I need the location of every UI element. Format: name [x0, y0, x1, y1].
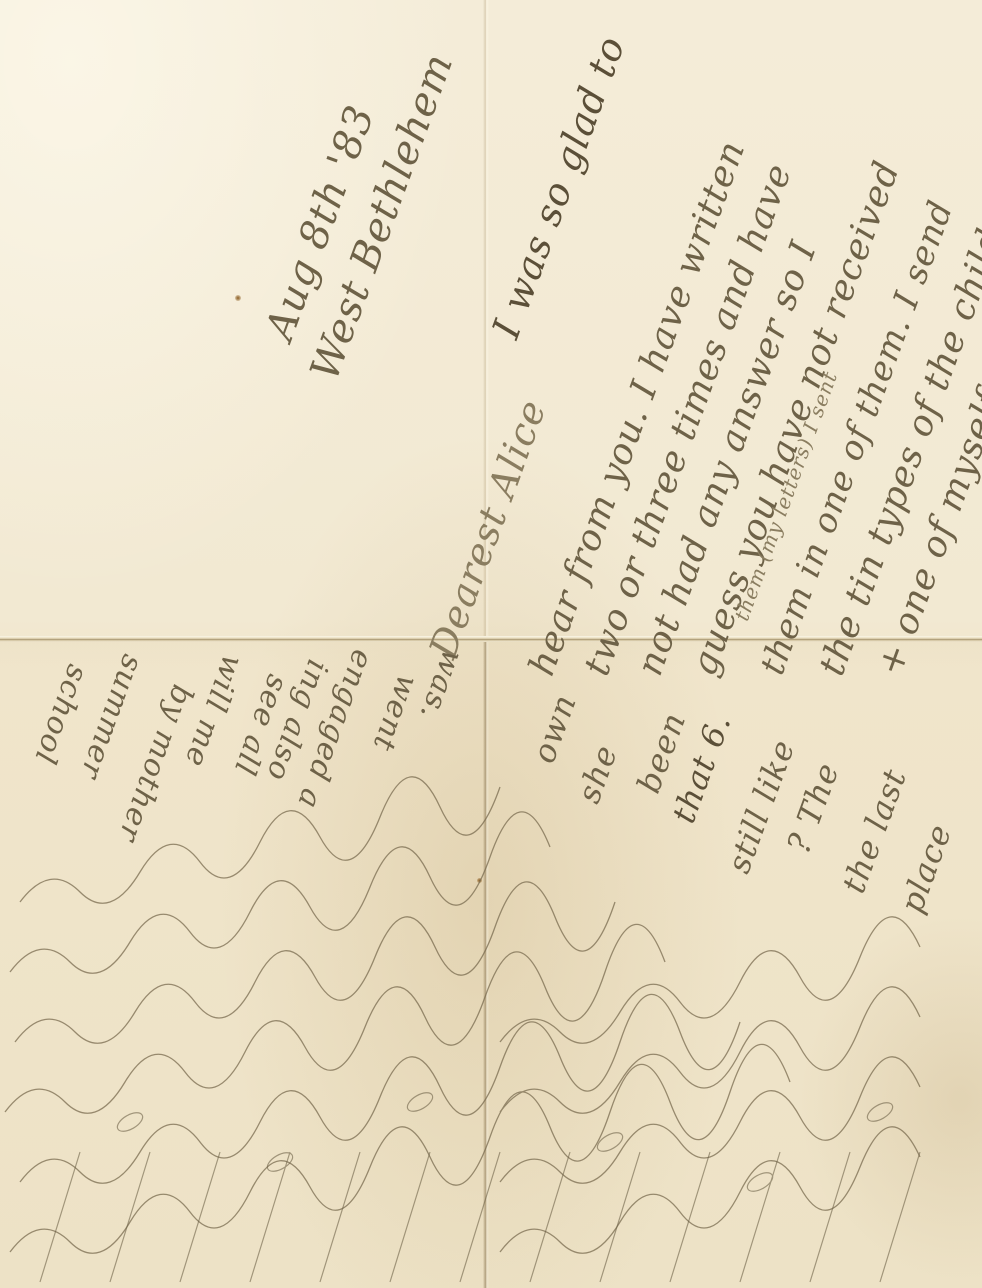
cross-writing-scribbles [0, 642, 982, 1288]
ink-spot [235, 295, 241, 301]
letter-sheet: Aug 8th '83 West Bethlehem Dearest Alice… [0, 0, 982, 1288]
body-line-text: I was so glad to [484, 30, 634, 344]
cross-written-section: school summer by mother will me see all … [0, 642, 982, 1288]
